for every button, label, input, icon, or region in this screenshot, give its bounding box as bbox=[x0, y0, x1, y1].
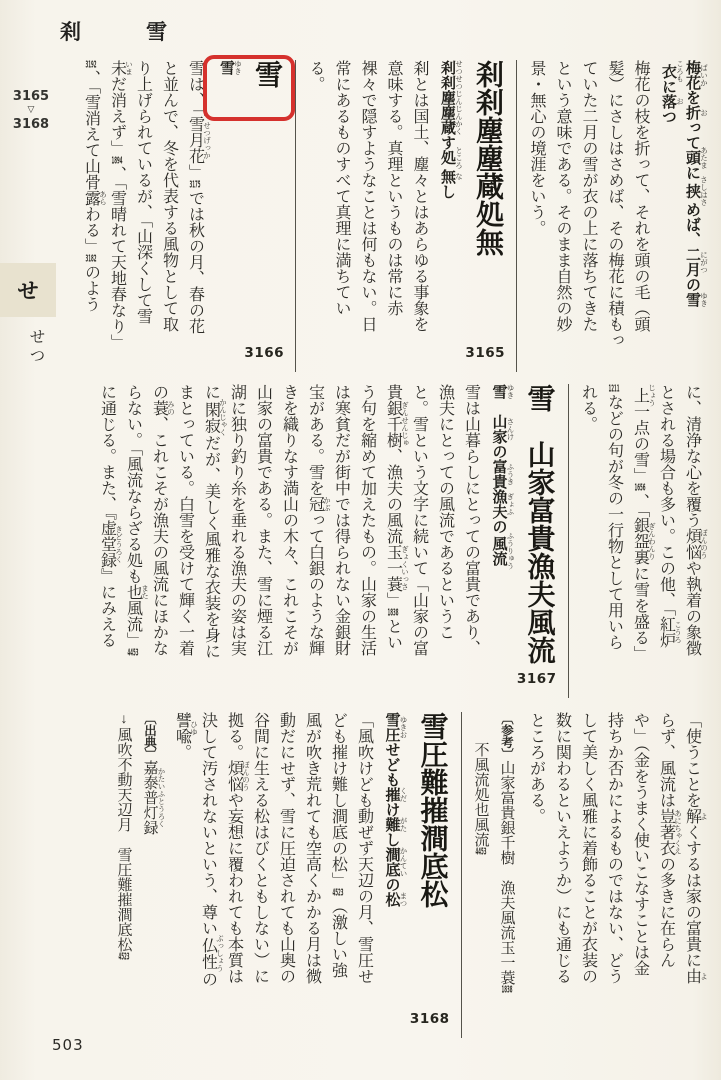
cross-reference-number: 4453 bbox=[128, 648, 139, 658]
entry-number: 3166 bbox=[244, 334, 284, 372]
headword-column: 雪 山家富貴漁夫風流 3167 bbox=[520, 384, 558, 698]
cross-reference-number: 4523 bbox=[333, 888, 344, 898]
entry-3165: 刹刹塵塵蔵処無 3165 刹刹塵塵せつせつじんじん蔵かくす処ところ無なし 刹とは… bbox=[302, 60, 517, 372]
cross-reference-number: 4453 bbox=[476, 847, 487, 857]
headword-text: 雪圧難摧澗底松 bbox=[417, 712, 448, 908]
entry-3167-continuation: 「使うことを解よくするは家の富貴に由よらず、風流は豈著衣あにちゃくえの多きに在ら… bbox=[523, 712, 709, 1038]
range-triangle-icon: ▽ bbox=[8, 105, 54, 116]
headword-column: 雪圧難摧澗底松 3168 bbox=[413, 712, 451, 1038]
cross-reference-number: 1211 bbox=[609, 384, 620, 394]
bracket-label: 〔出典〕 bbox=[143, 712, 157, 760]
cross-reference-number: 3192 bbox=[86, 60, 97, 70]
headword-reading-line: 雪圧ゆきおせども摧くだけ難がたし澗底かんていの松まつ bbox=[380, 712, 408, 1038]
entry-number: 3167 bbox=[517, 660, 557, 698]
headword-reading-line: 刹刹塵塵せつせつじんじん蔵かくす処ところ無なし bbox=[435, 60, 463, 372]
entry-body: 「風吹けども動ぜず天辺の月、雪圧せども摧け難し澗底の松」4523（激しい強風が吹… bbox=[169, 712, 377, 1038]
entry-3166-continuation: に、清浄な心を覆う煩悩ぼんのうや執着の象徴とされる場合も多い。この他、「紅炉こう… bbox=[575, 384, 709, 698]
source-block-shutten: 〔出典〕嘉泰普灯録かたいふとうろく↓風吹不動天辺月 雪圧難摧澗底松4523 bbox=[111, 712, 166, 1038]
headword-text: 雪 山家富貴漁夫風流 bbox=[524, 384, 555, 664]
entry-range-to: 3168 bbox=[8, 116, 54, 133]
cross-reference-number: 1838 bbox=[388, 608, 399, 618]
page-number: 503 bbox=[52, 1036, 84, 1054]
cross-reference-number: 3175 bbox=[190, 180, 201, 190]
entry-range: 3165 ▽ 3168 bbox=[8, 88, 54, 133]
cross-reference-number: 4523 bbox=[119, 952, 130, 962]
cross-reference-number: 3182 bbox=[86, 254, 97, 264]
text-band-top: 梅花ばいかを折おって頭あたまに挟さしはさめば、二月にがつの雪ゆき衣ころもに落おつ… bbox=[58, 60, 708, 372]
kana-index-tab: せ bbox=[0, 263, 56, 317]
bracket-label: 〔参考〕 bbox=[500, 712, 514, 760]
entry-3167: 雪 山家富貴漁夫風流 3167 雪ゆき 山家さんけの富貴ふうき漁夫ぎょふの風流ふ… bbox=[94, 384, 569, 698]
entry-body: 雪は山暮らしにとっての富貴であり、漁夫にとっての風流であるということ。雪という文… bbox=[94, 384, 484, 698]
entry-body: に、清浄な心を覆う煩悩ぼんのうや執着の象徴とされる場合も多い。この他、「紅炉こう… bbox=[575, 384, 709, 698]
dictionary-page: 刹 雪 3165 ▽ 3168 せ せつ 503 梅花ばいかを折おって頭あたまに… bbox=[0, 0, 721, 1080]
cross-reference-number: 1894 bbox=[112, 156, 123, 166]
kana-index-reading: せつ bbox=[24, 328, 47, 366]
headword-column: 刹刹塵塵蔵処無 3165 bbox=[468, 60, 506, 372]
entry-body: 梅花の枝を折って、それを頭の毛（頭髪）にさしはさめば、その梅花に積もっていた二月… bbox=[523, 60, 653, 372]
entry-number: 3168 bbox=[410, 1000, 450, 1038]
entry-continuation-baika: 梅花ばいかを折おって頭あたまに挟さしはさめば、二月にがつの雪ゆき衣ころもに落おつ… bbox=[523, 60, 708, 372]
running-head: 刹 雪 bbox=[60, 16, 189, 46]
reference-lines: 〔参考〕山家富貴銀千樹 漁夫風流玉一蓑1838 不風流処也風流4453 bbox=[468, 712, 520, 1038]
text-band-middle: に、清浄な心を覆う煩悩ぼんのうや執着の象徴とされる場合も多い。この他、「紅炉こう… bbox=[58, 384, 708, 698]
cross-reference-number: 1838 bbox=[502, 985, 513, 995]
entry-body: 刹とは国土、塵々とはあらゆる事象を意味する。真理というものは常に赤裸々で隠すよう… bbox=[302, 60, 432, 372]
entry-3168: 雪圧難摧澗底松 3168 雪圧ゆきおせども摧くだけ難がたし澗底かんていの松まつ … bbox=[111, 712, 462, 1038]
headword-reading-line: 雪ゆき bbox=[214, 60, 242, 372]
headword-column: 雪 3166 bbox=[247, 60, 285, 372]
headword-text: 刹刹塵塵蔵処無 bbox=[472, 60, 503, 256]
entry-body: 「使うことを解よくするは家の富貴に由よらず、風流は豈著衣あにちゃくえの多きに在ら… bbox=[523, 712, 709, 1038]
reference-block-sanko: 〔参考〕山家富貴銀千樹 漁夫風流玉一蓑1838 不風流処也風流4453 bbox=[468, 712, 520, 1038]
verse-reading-line: 梅花ばいかを折おって頭あたまに挟さしはさめば、二月にがつの雪ゆき衣ころもに落おつ bbox=[656, 60, 708, 372]
cross-reference-number: 1656 bbox=[635, 483, 646, 493]
headword-text: 雪 bbox=[251, 60, 282, 88]
entry-number: 3165 bbox=[465, 334, 505, 372]
entry-range-from: 3165 bbox=[8, 88, 54, 105]
entry-3166: 雪 3166 雪ゆき 雪は、「雪月花せつげっか」3175では秋の月、春の花と並ん… bbox=[78, 60, 297, 372]
entry-body: 雪は、「雪月花せつげっか」3175では秋の月、春の花と並んで、冬を代表する風物と… bbox=[78, 60, 212, 372]
text-band-bottom: 「使うことを解よくするは家の富貴に由よらず、風流は豈著衣あにちゃくえの多きに在ら… bbox=[58, 712, 708, 1038]
cross-reference-arrow-icon: ↓ bbox=[117, 712, 132, 727]
headword-reading-line: 雪ゆき 山家さんけの富貴ふうき漁夫ぎょふの風流ふうりゅう bbox=[487, 384, 515, 698]
